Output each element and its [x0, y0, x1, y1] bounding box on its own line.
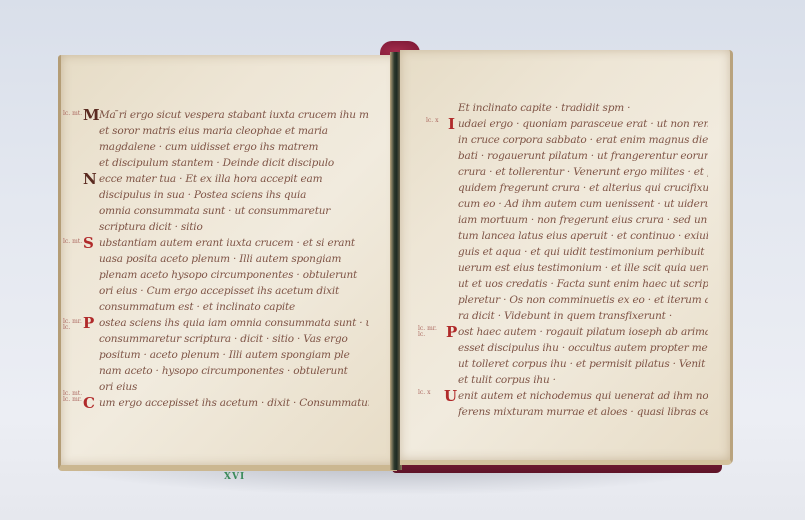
text-line: enit autem et nichodemus qui uenerat ad …	[458, 388, 708, 404]
text-line: tum lancea latus eius aperuit · et conti…	[458, 228, 708, 244]
text-line: magdalene · cum uidisset ergo ihs matrem	[99, 139, 369, 155]
initial-letter: S	[83, 235, 94, 251]
text-line: positum · aceto plenum · Illi autem spon…	[99, 347, 369, 363]
text-line: scriptura dicit · sitio	[99, 219, 369, 235]
text-line: plenam aceto hysopo circumponentes · obt…	[99, 267, 369, 283]
margin-note: lc. mr. lc.	[418, 326, 440, 338]
text-line: uerum est eius testimonium · et ille sci…	[458, 260, 708, 276]
text-line: ori eius	[99, 379, 369, 395]
text-line: consummatum est · et inclinato capite	[99, 299, 369, 315]
right-page-text: Et inclinato capite · tradidit spm · lc.…	[458, 100, 708, 420]
text-block: lc. mr. lc. P ostea sciens ihs quia iam …	[99, 315, 369, 395]
text-line: ferens mixturam murrae et aloes · quasi …	[458, 404, 708, 420]
right-page: Et inclinato capite · tradidit spm · lc.…	[400, 50, 733, 465]
text-block: lc. mr. lc. P ost haec autem · rogauit p…	[458, 324, 708, 388]
text-line: Et inclinato capite · tradidit spm ·	[458, 100, 708, 116]
text-line: et discipulum stantem · Deinde dicit dis…	[99, 155, 369, 171]
initial-letter: N	[83, 171, 97, 187]
text-line: ut tolleret corpus ihu · et permisit pil…	[458, 356, 708, 372]
text-line: consummaretur scriptura · dicit · sitio …	[99, 331, 369, 347]
text-line: nam aceto · hysopo circumponentes · obtu…	[99, 363, 369, 379]
initial-letter: U	[444, 388, 457, 404]
text-line: crura · et tollerentur · Venerunt ergo m…	[458, 164, 708, 180]
text-line: pleretur · Os non comminuetis ex eo · et…	[458, 292, 708, 308]
initial-letter: M	[83, 107, 100, 123]
text-line: et tulit corpus ihu ·	[458, 372, 708, 388]
text-line: ost haec autem · rogauit pilatum ioseph …	[458, 324, 708, 340]
text-line: omnia consummata sunt · ut consummaretur	[99, 203, 369, 219]
initial-letter: I	[448, 116, 455, 132]
text-block: lc. x U enit autem et nichodemus qui uen…	[458, 388, 708, 420]
left-page: lc. mt. M Ma ̄ri ergo sicut vespera stab…	[58, 55, 397, 471]
text-line: ubstantiam autem erant iuxta crucem · et…	[99, 235, 369, 251]
margin-note: lc. mr. lc.	[63, 319, 85, 331]
text-block: N ecce mater tua · Et ex illa hora accep…	[99, 171, 369, 235]
text-line: in cruce corpora sabbato · erat enim mag…	[458, 132, 708, 148]
margin-note: lc. mt. lc. mr.	[63, 391, 85, 403]
text-line: uasa posita aceto plenum · Illi autem sp…	[99, 251, 369, 267]
text-line: quidem fregerunt crura · et alterius qui…	[458, 180, 708, 196]
text-line: ut et uos credatis · Facta sunt enim hae…	[458, 276, 708, 292]
folio-number: XVI	[224, 472, 245, 482]
margin-note: lc. x	[426, 118, 448, 124]
left-page-text: lc. mt. M Ma ̄ri ergo sicut vespera stab…	[99, 107, 369, 411]
margin-note: lc. x	[418, 390, 440, 396]
text-line: ecce mater tua · Et ex illa hora accepit…	[99, 171, 369, 187]
text-line: esset discipulus ihu · occultus autem pr…	[458, 340, 708, 356]
text-line: um ergo accepisset ihs acetum · dixit · …	[99, 395, 369, 411]
text-line: bati · rogauerunt pilatum · ut frangeren…	[458, 148, 708, 164]
text-line: guis et aqua · et qui uidit testimonium …	[458, 244, 708, 260]
text-line: et soror matris eius maria cleophae et m…	[99, 123, 369, 139]
initial-letter: C	[83, 395, 95, 411]
text-block: lc. mt. lc. mr. C um ergo accepisset ihs…	[99, 395, 369, 411]
text-line: ostea sciens ihs quia iam omnia consumma…	[99, 315, 369, 331]
text-line: discipulus in sua · Postea sciens ihs qu…	[99, 187, 369, 203]
text-line: cum eo · Ad ihm autem cum uenissent · ut…	[458, 196, 708, 212]
margin-note: lc. mt.	[63, 239, 85, 245]
text-block: lc. mt. M Ma ̄ri ergo sicut vespera stab…	[99, 107, 369, 171]
text-block: lc. mt. S ubstantiam autem erant iuxta c…	[99, 235, 369, 315]
text-block: Et inclinato capite · tradidit spm ·	[458, 100, 708, 116]
initial-letter: P	[446, 324, 457, 340]
text-line: iam mortuum · non fregerunt eius crura ·…	[458, 212, 708, 228]
margin-note: lc. mt.	[63, 111, 85, 117]
text-block: lc. x I udaei ergo · quoniam parasceue e…	[458, 116, 708, 324]
text-line: ra dicit · Videbunt in quem transfixerun…	[458, 308, 708, 324]
text-line: Ma ̄ri ergo sicut vespera stabant iuxta …	[99, 107, 369, 123]
text-line: ori eius · Cum ergo accepisset ihs acetu…	[99, 283, 369, 299]
initial-letter: P	[83, 315, 94, 331]
text-line: udaei ergo · quoniam parasceue erat · ut…	[458, 116, 708, 132]
